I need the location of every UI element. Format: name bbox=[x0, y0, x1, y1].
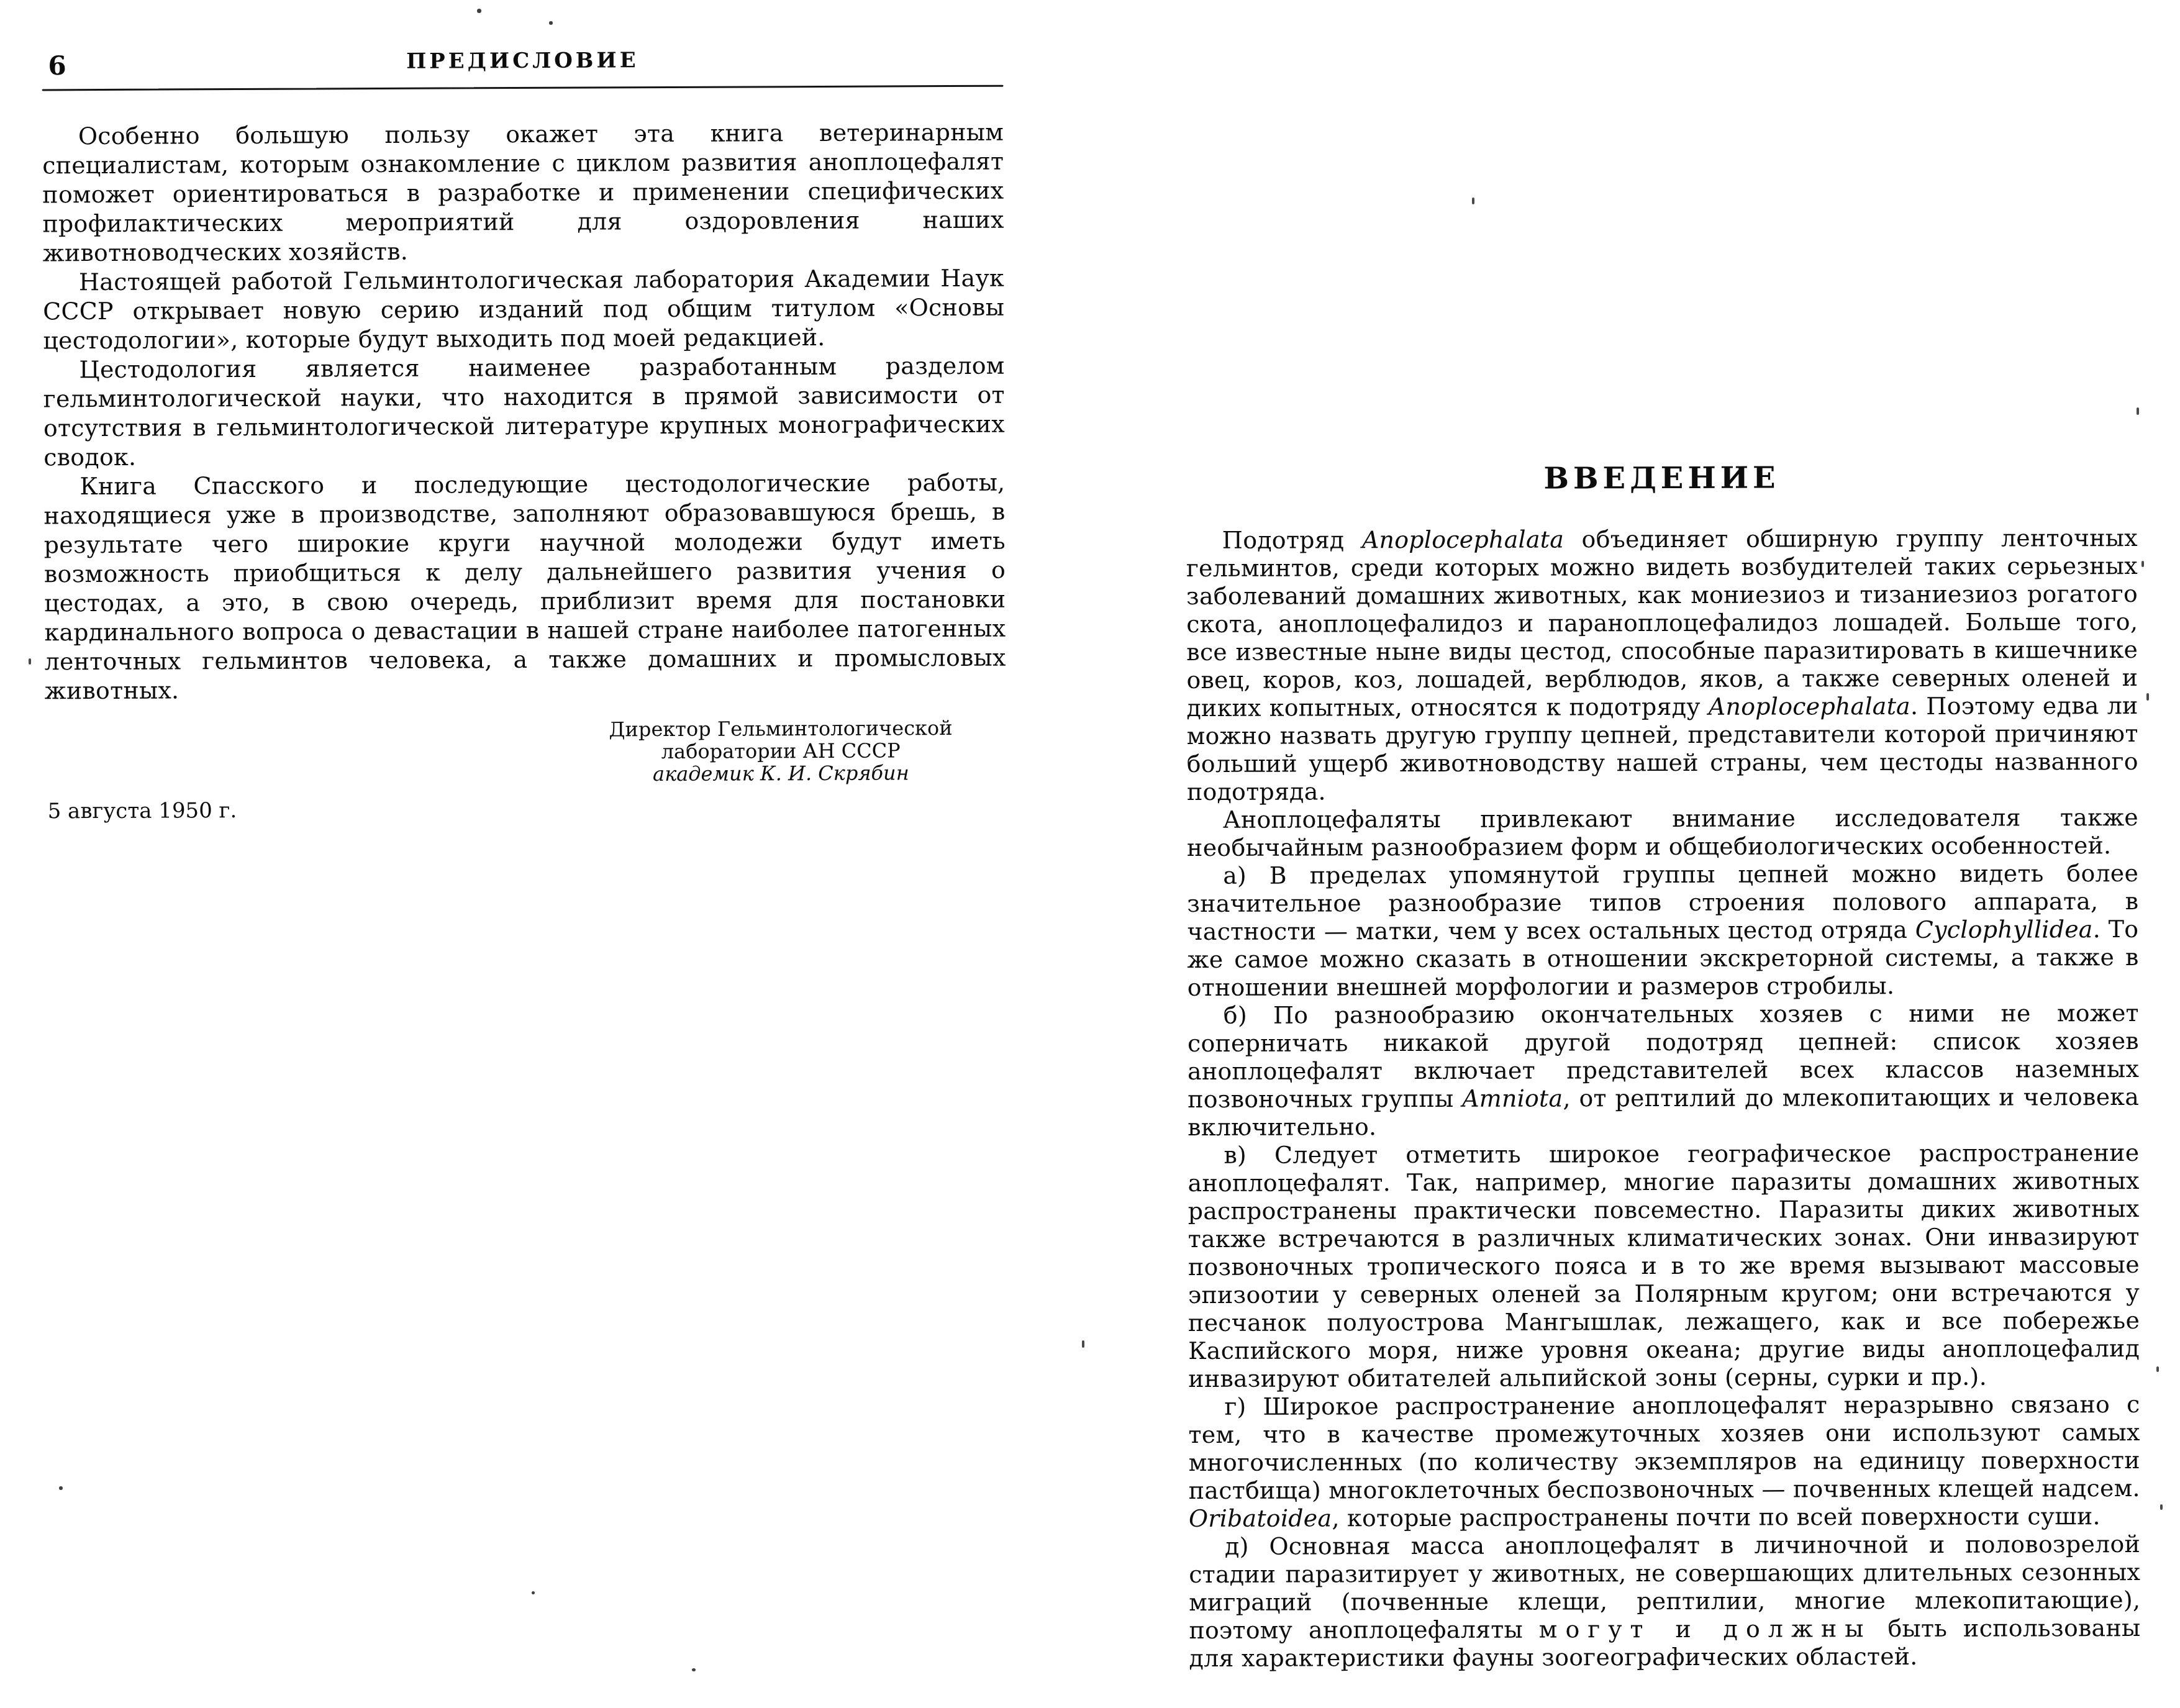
latin-term: Anoplocephalata bbox=[1362, 525, 1564, 553]
scan-speck bbox=[1082, 1340, 1084, 1348]
introduction-body: Подотряд Anoplocephalata объединяет обши… bbox=[1186, 524, 2141, 1673]
text-segment: Настоящей работой Гельминтологическая ла… bbox=[43, 265, 1004, 355]
signature-line: Директор Гельминтологической bbox=[594, 717, 967, 741]
left-page-header-row: 6 ПРЕДИСЛОВИЕ bbox=[42, 47, 1003, 79]
scan-speck bbox=[1472, 198, 1474, 204]
text-segment: Цестодология является наименее разработа… bbox=[43, 352, 1005, 471]
scan-speck bbox=[692, 1668, 696, 1671]
latin-term: Amniota bbox=[1462, 1084, 1563, 1112]
scan-speck bbox=[549, 21, 553, 25]
paragraph: в) Следует отметить широкое географическ… bbox=[1188, 1139, 2140, 1393]
signature-author: академик К. И. Скрябин bbox=[594, 761, 967, 786]
scan-speck bbox=[2137, 407, 2139, 415]
latin-term: Oribatoidea bbox=[1189, 1504, 1332, 1532]
text-segment: Аноплоцефаляты привлекают внимание иссле… bbox=[1187, 804, 2138, 861]
paragraph: Аноплоцефаляты привлекают внимание иссле… bbox=[1187, 804, 2138, 862]
scan-speck bbox=[2146, 693, 2149, 701]
scan-speck bbox=[2160, 1504, 2163, 1510]
running-header: ПРЕДИСЛОВИЕ bbox=[42, 47, 1003, 76]
scan-speck bbox=[532, 1591, 535, 1594]
paragraph: б) По разнообразию окончательных хозяев … bbox=[1188, 999, 2140, 1142]
emphasized-spaced-text: могут и должны bbox=[1539, 1615, 1872, 1643]
chapter-title: ВВЕДЕНИЕ bbox=[1186, 460, 2137, 497]
paragraph: а) В пределах упомянутой группы цепней м… bbox=[1187, 860, 2139, 1002]
text-segment: в) Следует отметить широкое географическ… bbox=[1188, 1139, 2140, 1392]
paragraph: д) Основная масса аноплоцефалят в личино… bbox=[1189, 1530, 2141, 1673]
text-segment: г) Широкое распространение аноплоцефалят… bbox=[1188, 1391, 2140, 1504]
scan-speck bbox=[2141, 561, 2144, 567]
latin-term: Cyclophyllidea bbox=[1915, 915, 2093, 943]
paragraph: Особенно большую пользу окажет эта книга… bbox=[42, 118, 1004, 268]
scan-speck bbox=[29, 658, 31, 665]
page-number: 6 bbox=[48, 50, 66, 81]
scan-speck bbox=[2156, 1366, 2159, 1372]
left-page: 6 ПРЕДИСЛОВИЕ Особенно большую пользу ок… bbox=[42, 47, 1006, 824]
paragraph: г) Широкое распространение аноплоцефалят… bbox=[1188, 1391, 2140, 1533]
scan-speck bbox=[59, 1486, 63, 1490]
text-segment: Особенно большую пользу окажет эта книга… bbox=[42, 119, 1004, 267]
paragraph: Подотряд Anoplocephalata объединяет обши… bbox=[1186, 524, 2138, 806]
paragraph: Цестодология является наименее разработа… bbox=[43, 352, 1005, 473]
text-segment: Подотряд bbox=[1222, 526, 1362, 554]
preface-body: Особенно большую пользу окажет эта книга… bbox=[42, 118, 1006, 706]
date-line: 5 августа 1950 г. bbox=[48, 795, 1007, 824]
signature-block: Директор Гельминтологической лаборатории… bbox=[594, 717, 967, 786]
latin-term: Anoplocephalata bbox=[1709, 693, 1910, 720]
text-segment: Книга Спасского и последующие цестодолог… bbox=[43, 469, 1006, 705]
signature-line: лаборатории АН СССР bbox=[594, 739, 967, 763]
paragraph: Книга Спасского и последующие цестодолог… bbox=[43, 468, 1006, 706]
right-page: ВВЕДЕНИЕ Подотряд Anoplocephalata объеди… bbox=[1186, 460, 2140, 1673]
header-rule bbox=[42, 85, 1004, 91]
scan-speck bbox=[477, 9, 481, 13]
paragraph: Настоящей работой Гельминтологическая ла… bbox=[43, 264, 1005, 356]
text-segment: , которые распространены почти по всей п… bbox=[1332, 1502, 2100, 1532]
